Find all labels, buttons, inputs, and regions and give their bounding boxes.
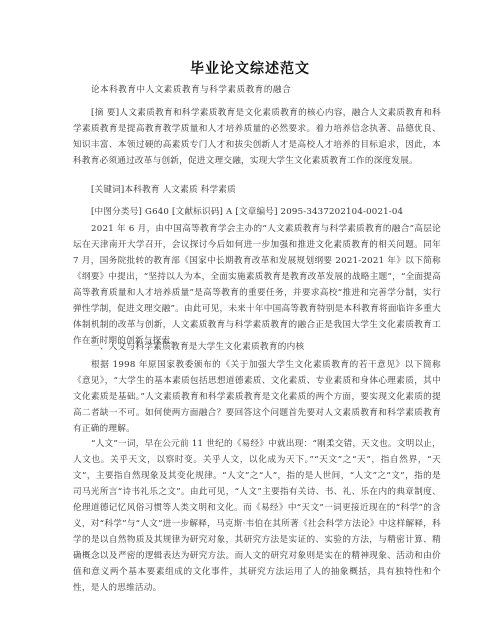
document-title: 毕业论文综述范文 xyxy=(0,58,500,78)
body-paragraph-1: 2021 年 6 月，由中国高等教育学会主办的“人文素质教育与科学素质教育的融合… xyxy=(73,221,441,349)
body-paragraph-2: 根据 1998 年原国家教委颁布的《关于加强大学生文化素质教育的若干意见》以下简… xyxy=(73,357,441,437)
classification-line: [中图分类号] G640 [文献标识码] A [文章编号] 2095-34372… xyxy=(91,205,403,217)
document-page: 毕业论文综述范文 论本科教育中人文素质教育与科学素质教育的融合 [摘 要]人文素… xyxy=(0,0,500,631)
keywords-line: [关键词]本科教育 人文素质 科学素质 xyxy=(91,183,236,195)
abstract-paragraph: [摘 要]人文素质教育和科学素质教育是文化素质教育的核心内容，融合人文素质教育和… xyxy=(73,105,441,169)
section-heading: 一、人文与科学素质教育是大学生文化素质教育的内核 xyxy=(91,340,304,352)
body-paragraph-3: “人文”一词，早在公元前 11 世纪的《易经》中就出现：“刚柔交错，天文也。文明… xyxy=(73,436,441,596)
paper-subtitle: 论本科教育中人文素质教育与科学素质教育的融合 xyxy=(91,83,291,95)
